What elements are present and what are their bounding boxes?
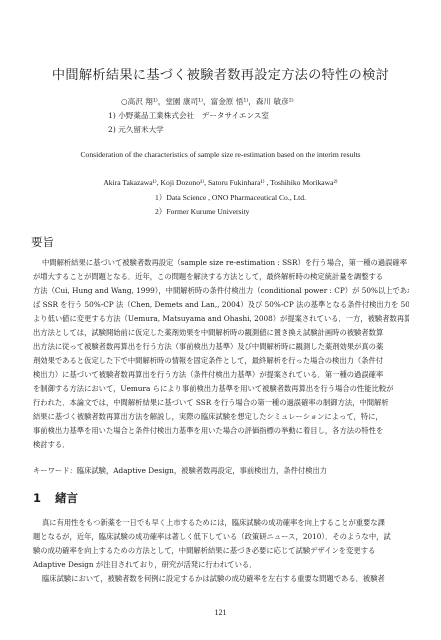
- english-authors: Akira Takazawa¹⁾, Koji Dozono¹⁾, Satoru …: [0, 178, 441, 187]
- intro-line: 題となるが，近年，臨床試験の成功確率は著しく低下している（政策研ニュース，201…: [33, 532, 409, 542]
- section-number: 1: [33, 491, 41, 505]
- abstract-line: 検出力）に基づいて被験者数再算出を行う方法（条件付検出力基準）が提案されている．…: [33, 370, 409, 380]
- abstract-line: を制御する方法において，Uemura らにより事前検出力基準を用いて被験者数再算…: [33, 384, 409, 394]
- section-heading: 1緒言: [33, 490, 78, 506]
- abstract-line: が増大することが問題となる．近年，この問題を解決する方法として，最終解析時の検定…: [33, 272, 409, 282]
- intro-line: 臨床試験において，被験者数を何例に設定するかは試験の成功確率を左右する重要な問題…: [42, 574, 409, 584]
- english-affiliation-2: 2）Former Kurume University: [155, 206, 249, 217]
- english-affiliation-1: 1）Data Science , ONO Pharmaceutical Co.,…: [155, 192, 306, 203]
- intro-line: Adaptive Design が注目されており，研究が活発に行われている．: [33, 560, 409, 570]
- jp-affiliation-1: 1) 小野薬品工業株式会社 データサイエンス室: [108, 110, 269, 121]
- abstract-line: より低い値に変更する方法（Uemura, Matsuyama and Ohash…: [33, 314, 409, 324]
- abstract-line: 検討する．: [33, 440, 409, 450]
- paper-title: 中間解析結果に基づく被験者数再設定方法の特性の検討: [0, 64, 441, 83]
- page-number: 121: [0, 608, 441, 617]
- section-title: 緒言: [55, 491, 78, 505]
- abstract-line: 出方法としては，試験開始前に仮定した薬剤効果を中間解析時の観測値に置き換え試験計…: [33, 328, 409, 338]
- abstract-line: 剤効果であると仮定した下で中間解析時の情報を固定条件として，最終解析を行った場合…: [33, 356, 409, 366]
- abstract-line: 結果に基づく被験者数再算出方法を解説し，実際の臨床試験を想定したシミュレーション…: [33, 412, 409, 422]
- jp-affiliation-2: 2) 元久留米大学: [108, 124, 164, 135]
- abstract-heading: 要旨: [31, 234, 54, 250]
- abstract-line: 出方法に従って被験者数再算出を行う方法（事前検出力基準）及び中間解析時に観測した…: [33, 342, 409, 352]
- abstract-line: ば SSR を行う 50%-CP 法（Chen, Demets and Lan,…: [33, 300, 409, 310]
- intro-line: 験の成功確率を向上するための方法として，中間解析結果に基づき必要に応じて試験デザ…: [33, 546, 409, 556]
- intro-line: 真に有用性をもつ新薬を一日でも早く上市するためには，臨床試験の成功確率を向上する…: [42, 518, 409, 528]
- english-title: Consideration of the characteristics of …: [0, 150, 441, 159]
- abstract-line: 中間解析結果に基づいて被験者数再設定（sample size re-estima…: [42, 258, 409, 268]
- jp-authors: ○高沢 翔¹⁾，堂園 康司¹⁾，富金原 悟¹⁾，森川 敏彦²⁾: [121, 96, 294, 107]
- abstract-line: 事前検出力基準を用いた場合と条件付検出力基準を用いた場合の評価指標の挙動に着目し…: [33, 426, 409, 436]
- abstract-line: 方法（Cui, Hung and Wang, 1999），中間解析時の条件付検出…: [33, 286, 409, 296]
- keywords: キーワード：臨床試験，Adaptive Design，被験者数再設定，事前検出力…: [33, 466, 327, 476]
- abstract-line: 行われた．本論文では，中間解析結果に基づいて SSR を行う場合の第一種の過誤確…: [33, 398, 409, 408]
